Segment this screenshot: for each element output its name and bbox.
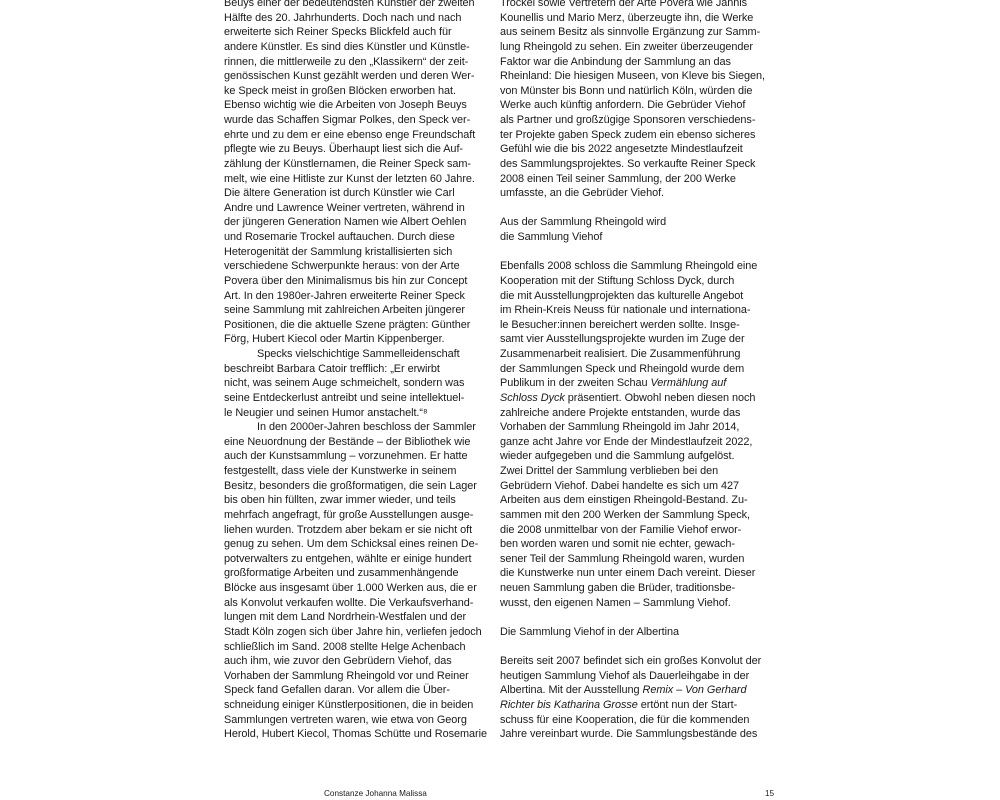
spacer bbox=[500, 201, 770, 216]
page-number: 15 bbox=[765, 789, 774, 798]
text-line: Förg, Hubert Kiecol oder Martin Kippenbe… bbox=[224, 332, 490, 347]
text-line: Positionen, die die aktuelle Szene prägt… bbox=[224, 318, 490, 333]
text-line: Faktor war die Anbindung der Sammlung an… bbox=[500, 55, 770, 70]
text-line: als Konvolut verkaufen wollte. Die Verka… bbox=[224, 596, 490, 611]
text-line: beschreibt Barbara Catoir trefflich: „Er… bbox=[224, 362, 490, 377]
exhibition-title: Schloss Dyck bbox=[500, 392, 565, 404]
right-text-column: Trockel sowie Vertretern der Arte Povera… bbox=[500, 0, 770, 742]
text-line: Rheinland: Die hiesigen Museen, von Klev… bbox=[500, 69, 770, 84]
text-line: umfasste, an die Gebrüder Viehof. bbox=[500, 186, 770, 201]
spacer bbox=[500, 640, 770, 655]
text-line: Bereits seit 2007 befindet sich ein groß… bbox=[500, 654, 770, 669]
text-line: neuen Sammlung gaben die Brüder, traditi… bbox=[500, 581, 770, 596]
text-line: als Partner und großzügige Sponsoren ver… bbox=[500, 113, 770, 128]
left-text-column: Beuys einer der bedeutendsten Künstler d… bbox=[224, 0, 490, 742]
text-line: die Kunstwerke nun unter einem Dach vere… bbox=[500, 566, 770, 581]
exhibition-title: Richter bis Katharina Grosse bbox=[500, 699, 638, 711]
text-line: mehrfach angefragt, für große Ausstellun… bbox=[224, 508, 490, 523]
text-span: Publikum in der zweiten Schau bbox=[500, 377, 650, 389]
text-line: Zusammenarbeit realisiert. Die Zusammenf… bbox=[500, 347, 770, 362]
section-heading: die Sammlung Viehof bbox=[500, 230, 770, 245]
text-line: Gebrüdern Viehof. Dabei handelte es sich… bbox=[500, 479, 770, 494]
text-line: großformatige Arbeiten und zusammenhänge… bbox=[224, 566, 490, 581]
text-line: und Rosemarie Trockel auftauchen. Durch … bbox=[224, 230, 490, 245]
text-line: Speck fand Gefallen daran. Vor allem die… bbox=[224, 683, 490, 698]
text-line: im Rhein-Kreis Neuss für nationale und i… bbox=[500, 303, 770, 318]
text-line: Gefühl wie die bis 2022 angesetzte Minde… bbox=[500, 142, 770, 157]
text-line: Ebenso wichtig wie die Arbeiten von Jose… bbox=[224, 98, 490, 113]
text-span: präsentiert. Obwohl neben diesen noch bbox=[565, 392, 756, 404]
text-line: ehrte und zu dem er eine ebenso enge Fre… bbox=[224, 128, 490, 143]
text-line: ganze acht Jahre vor Ende der Mindestlau… bbox=[500, 435, 770, 450]
text-line: von Münster bis Bonn und natürlich Köln,… bbox=[500, 84, 770, 99]
text-line: eine Neuordnung der Bestände – der Bibli… bbox=[224, 435, 490, 450]
section-heading: Aus der Sammlung Rheingold wird bbox=[500, 215, 770, 230]
text-line: Vorhaben der Sammlung Rheingold vor und … bbox=[224, 669, 490, 684]
text-line: aus seinem Besitz als sinnvolle Ergänzun… bbox=[500, 25, 770, 40]
text-line: potverwalters zu entgehen, wählte er ein… bbox=[224, 552, 490, 567]
text-line: Povera über den Minimalismus bis hin zur… bbox=[224, 274, 490, 289]
text-line: sammen mit den 200 Werken der Sammlung S… bbox=[500, 508, 770, 523]
text-line: le Besucher:innen bereichert werden soll… bbox=[500, 318, 770, 333]
text-line: Albertina. Mit der Ausstellung Remix – V… bbox=[500, 683, 770, 698]
text-line: le Neugier und seinen Humor anstachelt.“… bbox=[224, 406, 490, 421]
text-line: auch der Kunstsammlung – vorzunehmen. Er… bbox=[224, 449, 490, 464]
text-line: heutigen Sammlung Viehof als Dauerleihga… bbox=[500, 669, 770, 684]
text-line: zählung der Künstlernamen, die Reiner Sp… bbox=[224, 157, 490, 172]
text-line: des Sammlungsprojektes. So verkaufte Rei… bbox=[500, 157, 770, 172]
text-line: seine Entdeckerlust antreibt und seine i… bbox=[224, 391, 490, 406]
text-line: Zwei Drittel der Sammlung verblieben bei… bbox=[500, 464, 770, 479]
paragraph-start-line: In den 2000er-Jahren beschloss der Samml… bbox=[224, 420, 490, 435]
footer-author: Constanze Johanna Malissa bbox=[324, 789, 427, 798]
text-line: bis oben hin füllten, zwar immer wieder,… bbox=[224, 493, 490, 508]
text-line: melt, wie eine Hitliste zur Kunst der le… bbox=[224, 172, 490, 187]
text-line: die 2008 unmittelbar von der Familie Vie… bbox=[500, 523, 770, 538]
text-line: die mit Ausstellungprojekten das kulture… bbox=[500, 289, 770, 304]
text-line: andere Künstler. Es sind dies Künstler u… bbox=[224, 40, 490, 55]
text-line: Sammlungen vertreten waren, wie etwa von… bbox=[224, 713, 490, 728]
spacer bbox=[500, 245, 770, 260]
text-line: ter Projekte gaben Speck zudem ein ebens… bbox=[500, 128, 770, 143]
text-span: Albertina. Mit der Ausstellung bbox=[500, 684, 643, 696]
text-line: lung Rheingold zu sehen. Ein zweiter übe… bbox=[500, 40, 770, 55]
text-line: ke Speck meist in großen Blöcken erworbe… bbox=[224, 84, 490, 99]
text-span: ertönt nun der Start- bbox=[638, 699, 737, 711]
text-line: nicht, was seinem Auge schmeichelt, sond… bbox=[224, 376, 490, 391]
text-line: ben worden waren und somit nie echter, g… bbox=[500, 537, 770, 552]
text-line: Blöcke aus insgesamt über 1.000 Werken a… bbox=[224, 581, 490, 596]
text-line: schließlich im Sand. 2008 stellte Helge … bbox=[224, 640, 490, 655]
spacer bbox=[500, 610, 770, 625]
text-line: Ebenfalls 2008 schloss die Sammlung Rhei… bbox=[500, 259, 770, 274]
text-line: Andre und Lawrence Weiner vertreten, wäh… bbox=[224, 201, 490, 216]
text-line: zahlreiche andere Projekte entstanden, w… bbox=[500, 406, 770, 421]
text-line: der jüngeren Generation Namen wie Albert… bbox=[224, 215, 490, 230]
text-line: Kounellis und Mario Merz, überzeugte ihn… bbox=[500, 11, 770, 26]
section-heading: Die Sammlung Viehof in der Albertina bbox=[500, 625, 770, 640]
text-line: Arbeiten aus dem einstigen Rheingold-Bes… bbox=[500, 493, 770, 508]
text-line: Werke auch künftig anfordern. Die Gebrüd… bbox=[500, 98, 770, 113]
text-line: sener Teil der Sammlung Rheingold waren,… bbox=[500, 552, 770, 567]
text-line: wieder aufgegeben und die Sammlung aufge… bbox=[500, 449, 770, 464]
text-line: schuss für eine Kooperation, die für die… bbox=[500, 713, 770, 728]
paragraph-start-line: Specks vielschichtige Sammelleidenschaft bbox=[224, 347, 490, 362]
text-line: Stadt Köln zogen sich über Jahre hin, ve… bbox=[224, 625, 490, 640]
exhibition-title: Remix – Von Gerhard bbox=[643, 684, 747, 696]
text-line: rinnen, die mittlerweile zu den „Klassik… bbox=[224, 55, 490, 70]
text-line: Die ältere Generation ist durch Künstler… bbox=[224, 186, 490, 201]
text-line: schneidung einiger Künstlerpositionen, d… bbox=[224, 698, 490, 713]
text-line: genössischen Kunst gezählt werden und de… bbox=[224, 69, 490, 84]
text-line: der Sammlungen Speck und Rheingold wurde… bbox=[500, 362, 770, 377]
text-line: Kooperation mit der Stiftung Schloss Dyc… bbox=[500, 274, 770, 289]
exhibition-title: Vermählung auf bbox=[650, 377, 726, 389]
text-line: festgestellt, dass viele der Kunstwerke … bbox=[224, 464, 490, 479]
text-line: genug zu sehen. Um dem Schicksal eines r… bbox=[224, 537, 490, 552]
text-line: Herold, Hubert Kiecol, Thomas Schütte un… bbox=[224, 727, 490, 742]
text-line: Heterogenität der Sammlung kristallisier… bbox=[224, 245, 490, 260]
text-line: Art. In den 1980er-Jahren erweiterte Rei… bbox=[224, 289, 490, 304]
text-line: Schloss Dyck präsentiert. Obwohl neben d… bbox=[500, 391, 770, 406]
text-line: liehen wurden. Trotzdem aber bekam er si… bbox=[224, 523, 490, 538]
text-line: Trockel sowie Vertretern der Arte Povera… bbox=[500, 0, 770, 11]
text-line: erweiterte sich Reiner Specks Blickfeld … bbox=[224, 25, 490, 40]
text-line: 2008 einen Teil seiner Sammlung, der 200… bbox=[500, 172, 770, 187]
text-line: wurde das Schaffen Sigmar Polkes, den Sp… bbox=[224, 113, 490, 128]
text-line: verschiedene Schwerpunkte heraus: von de… bbox=[224, 259, 490, 274]
text-line: Vorhaben der Sammlung Rheingold im Jahr … bbox=[500, 420, 770, 435]
text-line: Richter bis Katharina Grosse ertönt nun … bbox=[500, 698, 770, 713]
text-line: auch ihm, wie zuvor den Gebrüdern Viehof… bbox=[224, 654, 490, 669]
text-line: Publikum in der zweiten Schau Vermählung… bbox=[500, 376, 770, 391]
text-line: Hälfte des 20. Jahrhunderts. Doch nach u… bbox=[224, 11, 490, 26]
text-line: Besitz, besonders die großformatigen, di… bbox=[224, 479, 490, 494]
text-line: samt vier Ausstellungsprojekte wurden im… bbox=[500, 332, 770, 347]
text-line: wusst, den eigenen Namen – Sammlung Vieh… bbox=[500, 596, 770, 611]
text-line: Jahre vereinbart wurde. Die Sammlungsbes… bbox=[500, 727, 770, 742]
text-line: lungen mit dem Land Nordrhein-Westfalen … bbox=[224, 610, 490, 625]
text-line: pflegte wie zu Beuys. Überhaupt liest si… bbox=[224, 142, 490, 157]
text-line: seine Sammlung mit zahlreichen Arbeiten … bbox=[224, 303, 490, 318]
text-line: Beuys einer der bedeutendsten Künstler d… bbox=[224, 0, 490, 11]
